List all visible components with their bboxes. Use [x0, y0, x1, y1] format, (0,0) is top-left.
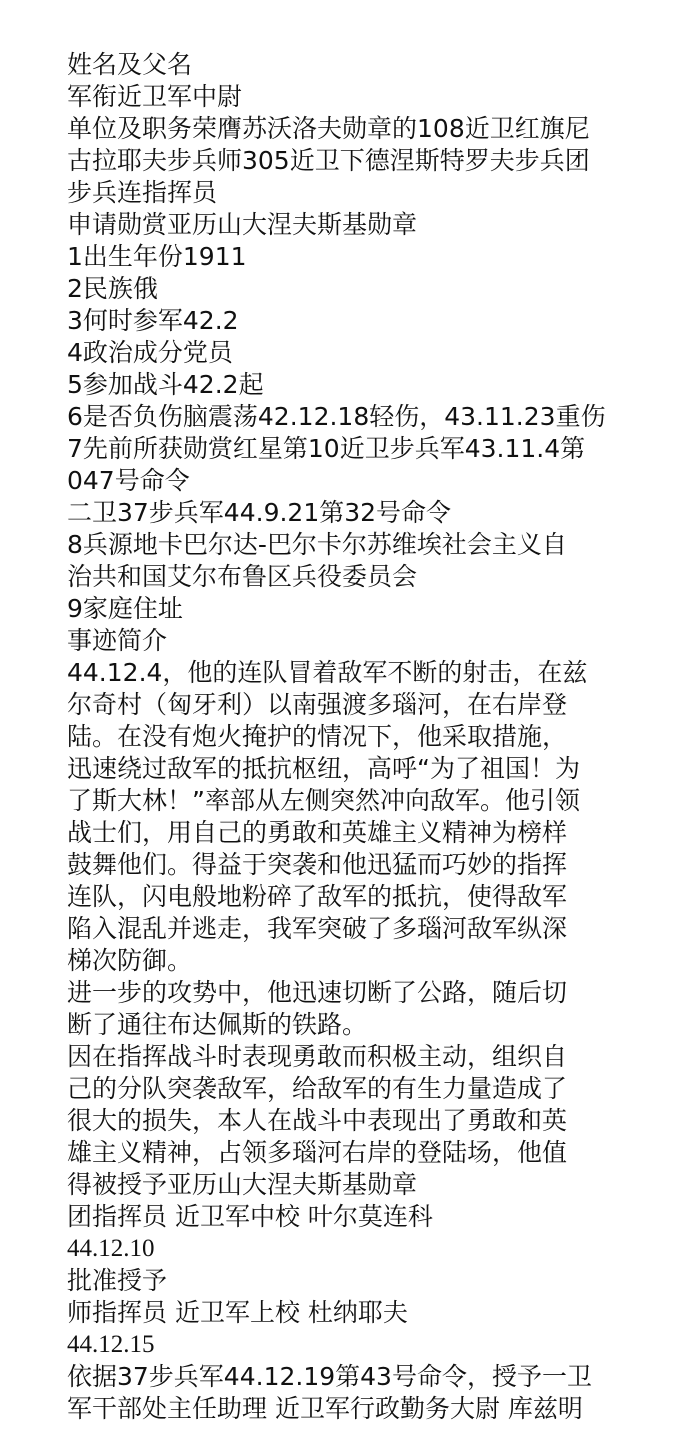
deeds-paragraph-line: 鼓舞他们。得益于突袭和他迅猛而巧妙的指挥: [67, 849, 667, 881]
field-name-patronymic: 姓名及父名: [67, 49, 667, 81]
field-previous-awards-cont: 047号命令: [67, 465, 667, 497]
deeds-paragraph-line: 战士们，用自己的勇敢和英雄主义精神为榜样: [67, 817, 667, 849]
field-combat-since: 5参加战斗42.2起: [67, 369, 667, 401]
deeds-paragraph-line: 很大的损失，本人在战斗中表现出了勇敢和英: [67, 1105, 667, 1137]
field-enlistment-date: 3何时参军42.2: [67, 305, 667, 337]
field-conscription-office-cont: 治共和国艾尔布鲁区兵役委员会: [67, 561, 667, 593]
field-wounds: 6是否负伤脑震荡42.12.18轻伤，43.11.23重伤: [67, 401, 667, 433]
regiment-commander-date: 44.12.10: [67, 1233, 667, 1265]
deeds-paragraph-line: 陷入混乱并逃走，我军突破了多瑙河敌军纵深: [67, 913, 667, 945]
division-commander-signature: 师指挥员 近卫军上校 杜纳耶夫: [67, 1297, 667, 1329]
deeds-paragraph-line: 梯次防御。: [67, 945, 667, 977]
section-heading-deeds: 事迹简介: [67, 625, 667, 657]
deeds-paragraph-line: 得被授予亚历山大涅夫斯基勋章: [67, 1169, 667, 1201]
field-previous-awards-cont: 二卫37步兵军44.9.21第32号命令: [67, 497, 667, 529]
deeds-paragraph-line: 因在指挥战斗时表现勇敢而积极主动，组织自: [67, 1041, 667, 1073]
approval-statement: 批准授予: [67, 1265, 667, 1297]
deeds-paragraph-line: 44.12.4，他的连队冒着敌军不断的射击，在兹: [67, 657, 667, 689]
deeds-paragraph-line: 己的分队突袭敌军，给敌军的有生力量造成了: [67, 1073, 667, 1105]
deeds-paragraph-line: 断了通往布达佩斯的铁路。: [67, 1009, 667, 1041]
deeds-paragraph-line: 迅速绕过敌军的抵抗枢纽，高呼“为了祖国！为: [67, 753, 667, 785]
deeds-paragraph-line: 了斯大林！”率部从左侧突然冲向敌军。他引领: [67, 785, 667, 817]
deeds-paragraph-line: 进一步的攻势中，他迅速切断了公路，随后切: [67, 977, 667, 1009]
field-home-address: 9家庭住址: [67, 593, 667, 625]
regiment-commander-signature: 团指挥员 近卫军中校 叶尔莫连科: [67, 1201, 667, 1233]
deeds-paragraph-line: 雄主义精神，占领多瑙河右岸的登陆场，他值: [67, 1137, 667, 1169]
deeds-paragraph-line: 尔奇村（匈牙利）以南强渡多瑙河，在右岸登: [67, 689, 667, 721]
field-unit-position: 单位及职务荣膺苏沃洛夫勋章的108近卫红旗尼: [67, 113, 667, 145]
personnel-officer-signature: 军干部处主任助理 近卫军行政勤务大尉 库兹明: [67, 1393, 667, 1425]
field-conscription-office: 8兵源地卡巴尔达-巴尔卡尔苏维埃社会主义自: [67, 529, 667, 561]
field-unit-position-cont: 古拉耶夫步兵师305近卫下德涅斯特罗夫步兵团: [67, 145, 667, 177]
deeds-paragraph-line: 连队，闪电般地粉碎了敌军的抵抗，使得敌军: [67, 881, 667, 913]
award-nomination-document: 姓名及父名 军衔近卫军中尉 单位及职务荣膺苏沃洛夫勋章的108近卫红旗尼 古拉耶…: [67, 49, 667, 1425]
field-rank: 军衔近卫军中尉: [67, 81, 667, 113]
field-nationality: 2民族俄: [67, 273, 667, 305]
award-order-reference: 依据37步兵军44.12.19第43号命令，授予一卫: [67, 1361, 667, 1393]
deeds-paragraph-line: 陆。在没有炮火掩护的情况下，他采取措施，: [67, 721, 667, 753]
field-party-affiliation: 4政治成分党员: [67, 337, 667, 369]
field-previous-awards: 7先前所获勋赏红星第10近卫步兵军43.11.4第: [67, 433, 667, 465]
field-award-requested: 申请勋赏亚历山大涅夫斯基勋章: [67, 209, 667, 241]
field-unit-position-cont: 步兵连指挥员: [67, 177, 667, 209]
field-birth-year: 1出生年份1911: [67, 241, 667, 273]
division-commander-date: 44.12.15: [67, 1329, 667, 1361]
